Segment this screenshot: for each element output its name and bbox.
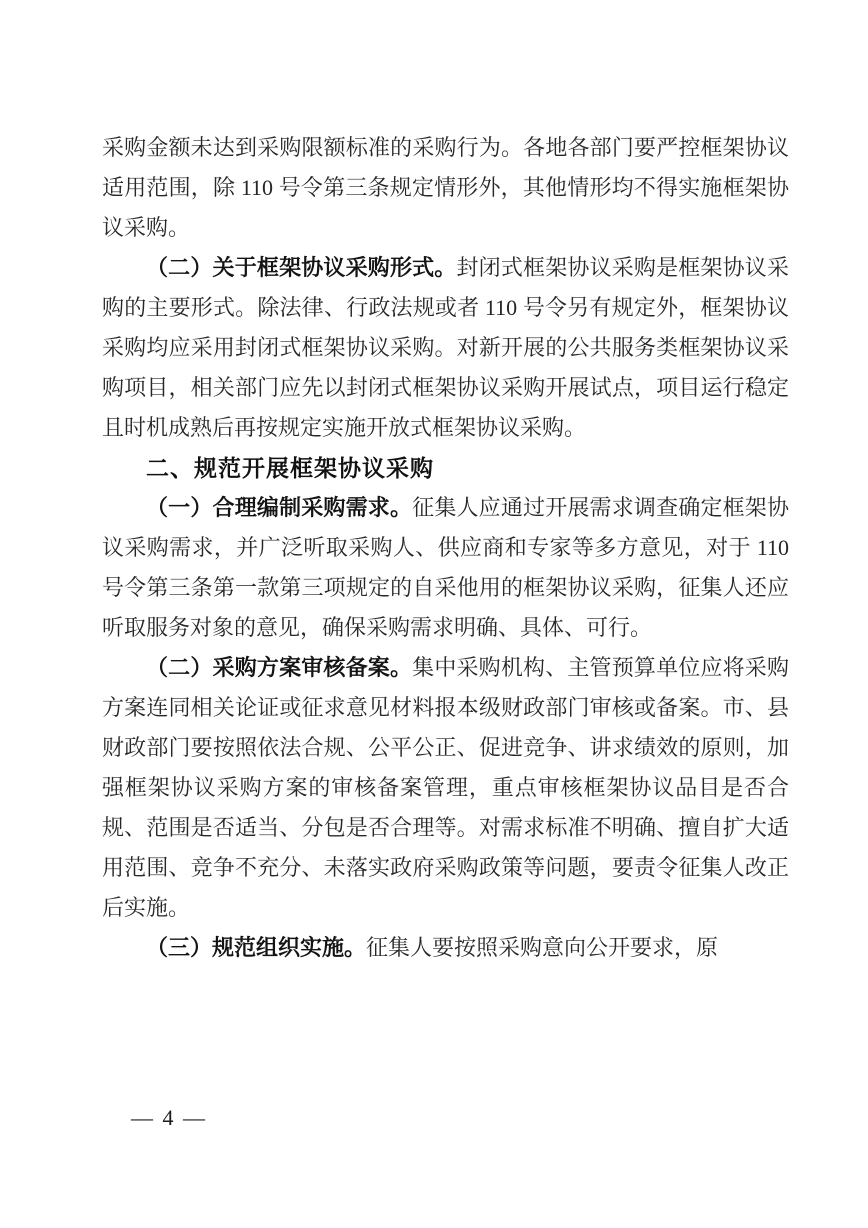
paragraph-implement-text: 征集人要按照采购意向公开要求，原 [366,935,718,960]
paragraph-framework-form-lead: （二）关于框架协议采购形式。 [146,255,457,280]
document-page: 采购金额未达到采购限额标准的采购行为。各地各部门要严控框架协议适用范围，除 11… [0,0,868,1228]
paragraph-implement-lead: （三）规范组织实施。 [146,935,366,960]
section-2-heading: 二、规范开展框架协议采购 [102,448,789,488]
paragraph-implement: （三）规范组织实施。征集人要按照采购意向公开要求，原 [102,928,789,968]
paragraph-continuation-text: 采购金额未达到采购限额标准的采购行为。各地各部门要严控框架协议适用范围，除 11… [102,135,789,240]
paragraph-review: （二）采购方案审核备案。集中采购机构、主管预算单位应将采购方案连同相关论证或征求… [102,648,789,928]
paragraph-review-lead: （二）采购方案审核备案。 [146,655,412,680]
paragraph-review-text: 集中采购机构、主管预算单位应将采购方案连同相关论证或征求意见材料报本级财政部门审… [102,655,789,920]
paragraph-framework-form-text: 封闭式框架协议采购是框架协议采购的主要形式。除法律、行政法规或者 110 号令另… [102,255,789,440]
page-number: — 4 — [131,1103,207,1133]
paragraph-framework-form: （二）关于框架协议采购形式。封闭式框架协议采购是框架协议采购的主要形式。除法律、… [102,248,789,448]
paragraph-continuation: 采购金额未达到采购限额标准的采购行为。各地各部门要严控框架协议适用范围，除 11… [102,128,789,248]
paragraph-demand: （一）合理编制采购需求。征集人应通过开展需求调查确定框架协议采购需求，并广泛听取… [102,488,789,648]
document-body: 采购金额未达到采购限额标准的采购行为。各地各部门要严控框架协议适用范围，除 11… [102,128,789,968]
paragraph-demand-lead: （一）合理编制采购需求。 [146,495,412,520]
